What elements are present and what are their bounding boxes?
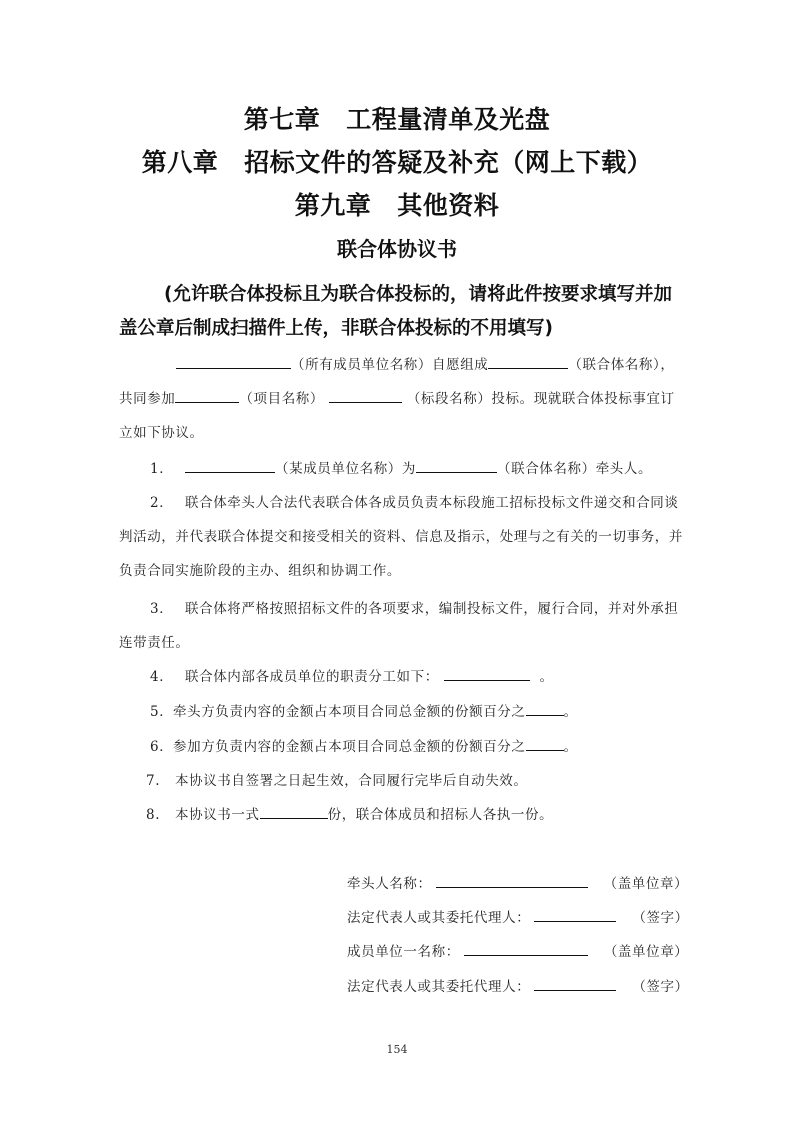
- clause-3-line-1: 3．联合体将严格按照招标文件的各项要求，编制投标文件，履行合同，并对外承担: [150, 597, 679, 617]
- clause-6: 6．参加方负责内容的金额占本项目合同总金额的份额百分之。: [150, 735, 578, 755]
- clause-text: 牵头方负责内容的金额占本项目合同总金额的份额百分之: [173, 704, 526, 720]
- chapter-9-label: 第九章: [295, 191, 372, 220]
- clause-text: 联合体内部各成员单位的职责分工如下：: [185, 669, 439, 685]
- lead-representative-signature-field[interactable]: [534, 907, 616, 922]
- sign-label: （签字）: [632, 910, 688, 926]
- signature-lead-representative: 法定代表人或其委托代理人：（签字）: [347, 906, 689, 926]
- clause-text: 参加方负责内容的金额占本项目合同总金额的份额百分之: [173, 739, 526, 755]
- clause-number: 4．: [150, 665, 185, 685]
- chapter-8-title: 招标文件的答疑及补充（网上下载）: [244, 148, 652, 177]
- clause-number: 6．: [150, 735, 173, 755]
- clause-8: 8.本协议书一式份，联合体成员和招标人各执一份。: [146, 803, 553, 823]
- seal-label: （盖单位章）: [604, 944, 689, 960]
- member-name-signature-field[interactable]: [464, 941, 588, 956]
- clause-number: 2．: [150, 491, 185, 511]
- chapter-8-label: 第八章: [142, 148, 219, 177]
- clause-number: 3．: [150, 597, 185, 617]
- lead-name-signature-field[interactable]: [436, 873, 588, 888]
- clause-number: 8.: [146, 807, 175, 823]
- section-name-blank[interactable]: [329, 388, 402, 403]
- lead-member-blank[interactable]: [185, 458, 275, 473]
- clause-4: 4．联合体内部各成员单位的职责分工如下： 。: [150, 665, 554, 685]
- chapter-9-title: 其他资料: [397, 191, 499, 220]
- member-representative-signature-field[interactable]: [534, 976, 616, 991]
- chapter-7-title: 工程量清单及光盘: [346, 105, 550, 134]
- clause-2-line-3: 负责合同实施阶段的主办、组织和协调工作。: [119, 559, 401, 579]
- consortium-name-blank[interactable]: [488, 354, 568, 369]
- lead-share-percent-blank[interactable]: [526, 701, 564, 716]
- intro-line-2: 共同参加（项目名称） （标段名称）投标。现就联合体投标事宜订: [119, 387, 675, 407]
- intro-text: （项目名称）: [239, 391, 324, 407]
- signature-member-name: 成员单位一名称：（盖单位章）: [347, 940, 688, 960]
- document-title: 联合体协议书: [0, 233, 794, 262]
- clause-5: 5．牵头方负责内容的金额占本项目合同总金额的份额百分之。: [150, 700, 578, 720]
- signature-lead-name: 牵头人名称：（盖单位章）: [347, 872, 688, 892]
- intro-line-1: （所有成员单位名称）自愿组成（联合体名称），: [176, 353, 674, 373]
- clause-text: 。: [564, 739, 578, 755]
- clause-text: 。: [564, 704, 578, 720]
- chapter-7-heading: 第七章工程量清单及光盘: [0, 100, 794, 136]
- intro-text: （标段名称）投标。现就联合体投标事宜订: [407, 391, 675, 407]
- intro-text: 共同参加: [119, 391, 175, 407]
- clause-1: 1．（某成员单位名称）为（联合体名称）牵头人。: [150, 457, 652, 477]
- signature-label: 牵头人名称：: [347, 876, 432, 892]
- signature-label: 法定代表人或其委托代理人：: [347, 979, 530, 995]
- clause-text: 。: [540, 669, 554, 685]
- clause-2-line-2: 判活动，并代表联合体提交和接受相关的资料、信息及指示，处理与之有关的一切事务，并: [119, 525, 683, 545]
- instruction-note-line2: 盖公章后制成扫描件上传，非联合体投标的不用填写): [119, 314, 553, 340]
- clause-number: 7.: [146, 773, 175, 789]
- chapter-8-heading: 第八章招标文件的答疑及补充（网上下载）: [0, 143, 794, 179]
- clause-text: 本协议书一式: [175, 807, 260, 823]
- seal-label: （盖单位章）: [604, 876, 689, 892]
- signature-label: 法定代表人或其委托代理人：: [347, 910, 530, 926]
- clause-text: 联合体将严格按照招标文件的各项要求，编制投标文件，履行合同，并对外承担: [185, 601, 679, 617]
- duty-division-blank[interactable]: [444, 666, 530, 681]
- member-names-blank[interactable]: [176, 354, 291, 369]
- page-number: 154: [0, 1043, 794, 1056]
- project-name-blank[interactable]: [175, 388, 239, 403]
- clause-number: 1．: [150, 457, 185, 477]
- intro-text: （联合体名称），: [568, 357, 674, 373]
- signature-member-representative: 法定代表人或其委托代理人：（签字）: [347, 975, 689, 995]
- clause-text: 份，联合体成员和招标人各执一份。: [328, 807, 554, 823]
- clause-text: 本协议书自签署之日起生效，合同履行完毕后自动失效。: [175, 773, 528, 789]
- instruction-note-line1: (允许联合体投标且为联合体投标的，请将此件按要求填写并加: [164, 280, 672, 306]
- clause-text: 联合体牵头人合法代表联合体各成员负责本标段施工招标投标文件递交和合同谈: [185, 495, 679, 511]
- clause-7: 7.本协议书自签署之日起生效，合同履行完毕后自动失效。: [146, 769, 528, 789]
- copies-count-blank[interactable]: [260, 804, 328, 819]
- document-page: 第七章工程量清单及光盘 第八章招标文件的答疑及补充（网上下载） 第九章其他资料 …: [0, 0, 794, 1122]
- chapter-9-heading: 第九章其他资料: [0, 186, 794, 222]
- clause-text: （联合体名称）牵头人。: [497, 461, 652, 477]
- consortium-name-blank[interactable]: [416, 458, 497, 473]
- clause-2-line-1: 2．联合体牵头人合法代表联合体各成员负责本标段施工招标投标文件递交和合同谈: [150, 491, 679, 511]
- clause-number: 5．: [150, 700, 173, 720]
- signature-label: 成员单位一名称：: [347, 944, 460, 960]
- intro-text: （所有成员单位名称）自愿组成: [291, 357, 488, 373]
- intro-line-3: 立如下协议。: [119, 421, 204, 441]
- chapter-7-label: 第七章: [244, 105, 321, 134]
- sign-label: （签字）: [632, 979, 688, 995]
- clause-text: （某成员单位名称）为: [275, 461, 416, 477]
- clause-3-line-2: 连带责任。: [119, 631, 190, 651]
- participant-share-percent-blank[interactable]: [526, 736, 564, 751]
